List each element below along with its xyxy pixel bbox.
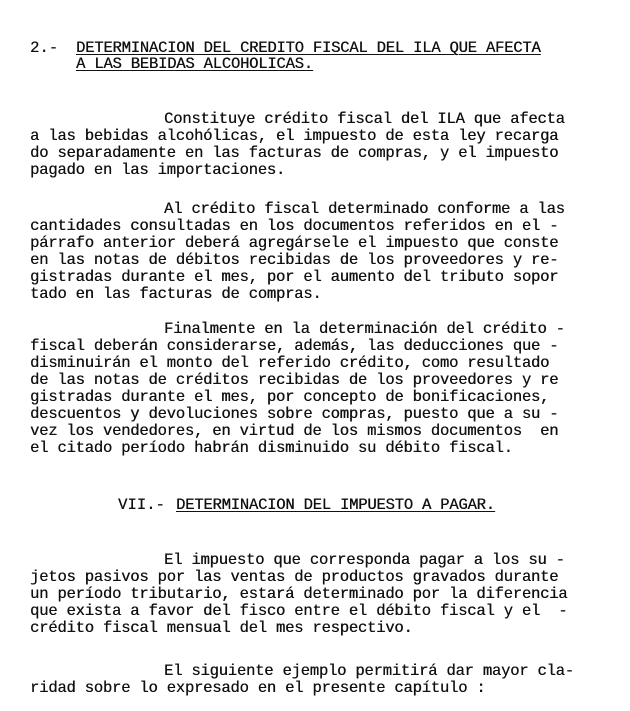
paragraph-line: de las notas de créditos recibidas de lo… bbox=[30, 372, 558, 389]
paragraph-line: que exista a favor del fisco entre el dé… bbox=[30, 603, 567, 620]
paragraph-line: El siguiente ejemplo permitirá dar mayor… bbox=[164, 663, 574, 680]
paragraph-line: ridad sobre lo expresado en el presente … bbox=[30, 680, 485, 697]
paragraph-line: pagado en las importaciones. bbox=[30, 162, 285, 179]
paragraph-line: el citado período habrán disminuido su d… bbox=[30, 440, 513, 457]
paragraph-line: fiscal deberán considerarse, además, las… bbox=[30, 338, 558, 355]
paragraph-line: crédito fiscal mensual del mes respectiv… bbox=[30, 620, 413, 637]
paragraph-line: a las bebidas alcohólicas, el impuesto d… bbox=[30, 128, 558, 145]
paragraph-line: párrafo anterior deberá agregársele el i… bbox=[30, 235, 558, 252]
paragraph-line: jetos pasivos por las ventas de producto… bbox=[30, 569, 558, 586]
paragraph-line: vez los vendedores, en virtud de los mis… bbox=[30, 423, 558, 440]
paragraph-line: descuentos y devoluciones sobre compras,… bbox=[30, 406, 558, 423]
paragraph-line: un período tributario, estará determinad… bbox=[30, 586, 567, 603]
paragraph-line: El impuesto que corresponda pagar a los … bbox=[164, 552, 565, 569]
paragraph-line: gistradas durante el mes, por concepto d… bbox=[30, 389, 549, 406]
paragraph-line: disminuirán el monto del referido crédit… bbox=[30, 355, 549, 372]
paragraph-line: Al crédito fiscal determinado conforme a… bbox=[164, 201, 565, 218]
section-2-title-line-2: A LAS BEBIDAS ALCOHOLICAS. bbox=[76, 56, 313, 73]
paragraph-line: gistradas durante el mes, por el aumento… bbox=[30, 269, 558, 286]
paragraph-line: en las notas de débitos recibidas de los… bbox=[30, 252, 558, 269]
document-page: 2.- DETERMINACION DEL CREDITO FISCAL DEL… bbox=[0, 0, 630, 711]
paragraph-line: cantidades consultadas en los documentos… bbox=[30, 218, 558, 235]
section-2-number: 2.- bbox=[30, 40, 58, 57]
section-vii-number: VII.- bbox=[118, 497, 165, 514]
paragraph-line: do separadamente en las facturas de comp… bbox=[30, 145, 558, 162]
paragraph-line: tado en las facturas de compras. bbox=[30, 286, 321, 303]
section-vii-title: DETERMINACION DEL IMPUESTO A PAGAR. bbox=[176, 497, 495, 514]
paragraph-line: Finalmente en la determinación del crédi… bbox=[164, 321, 565, 338]
paragraph-line: Constituye crédito fiscal del ILA que af… bbox=[164, 111, 565, 128]
